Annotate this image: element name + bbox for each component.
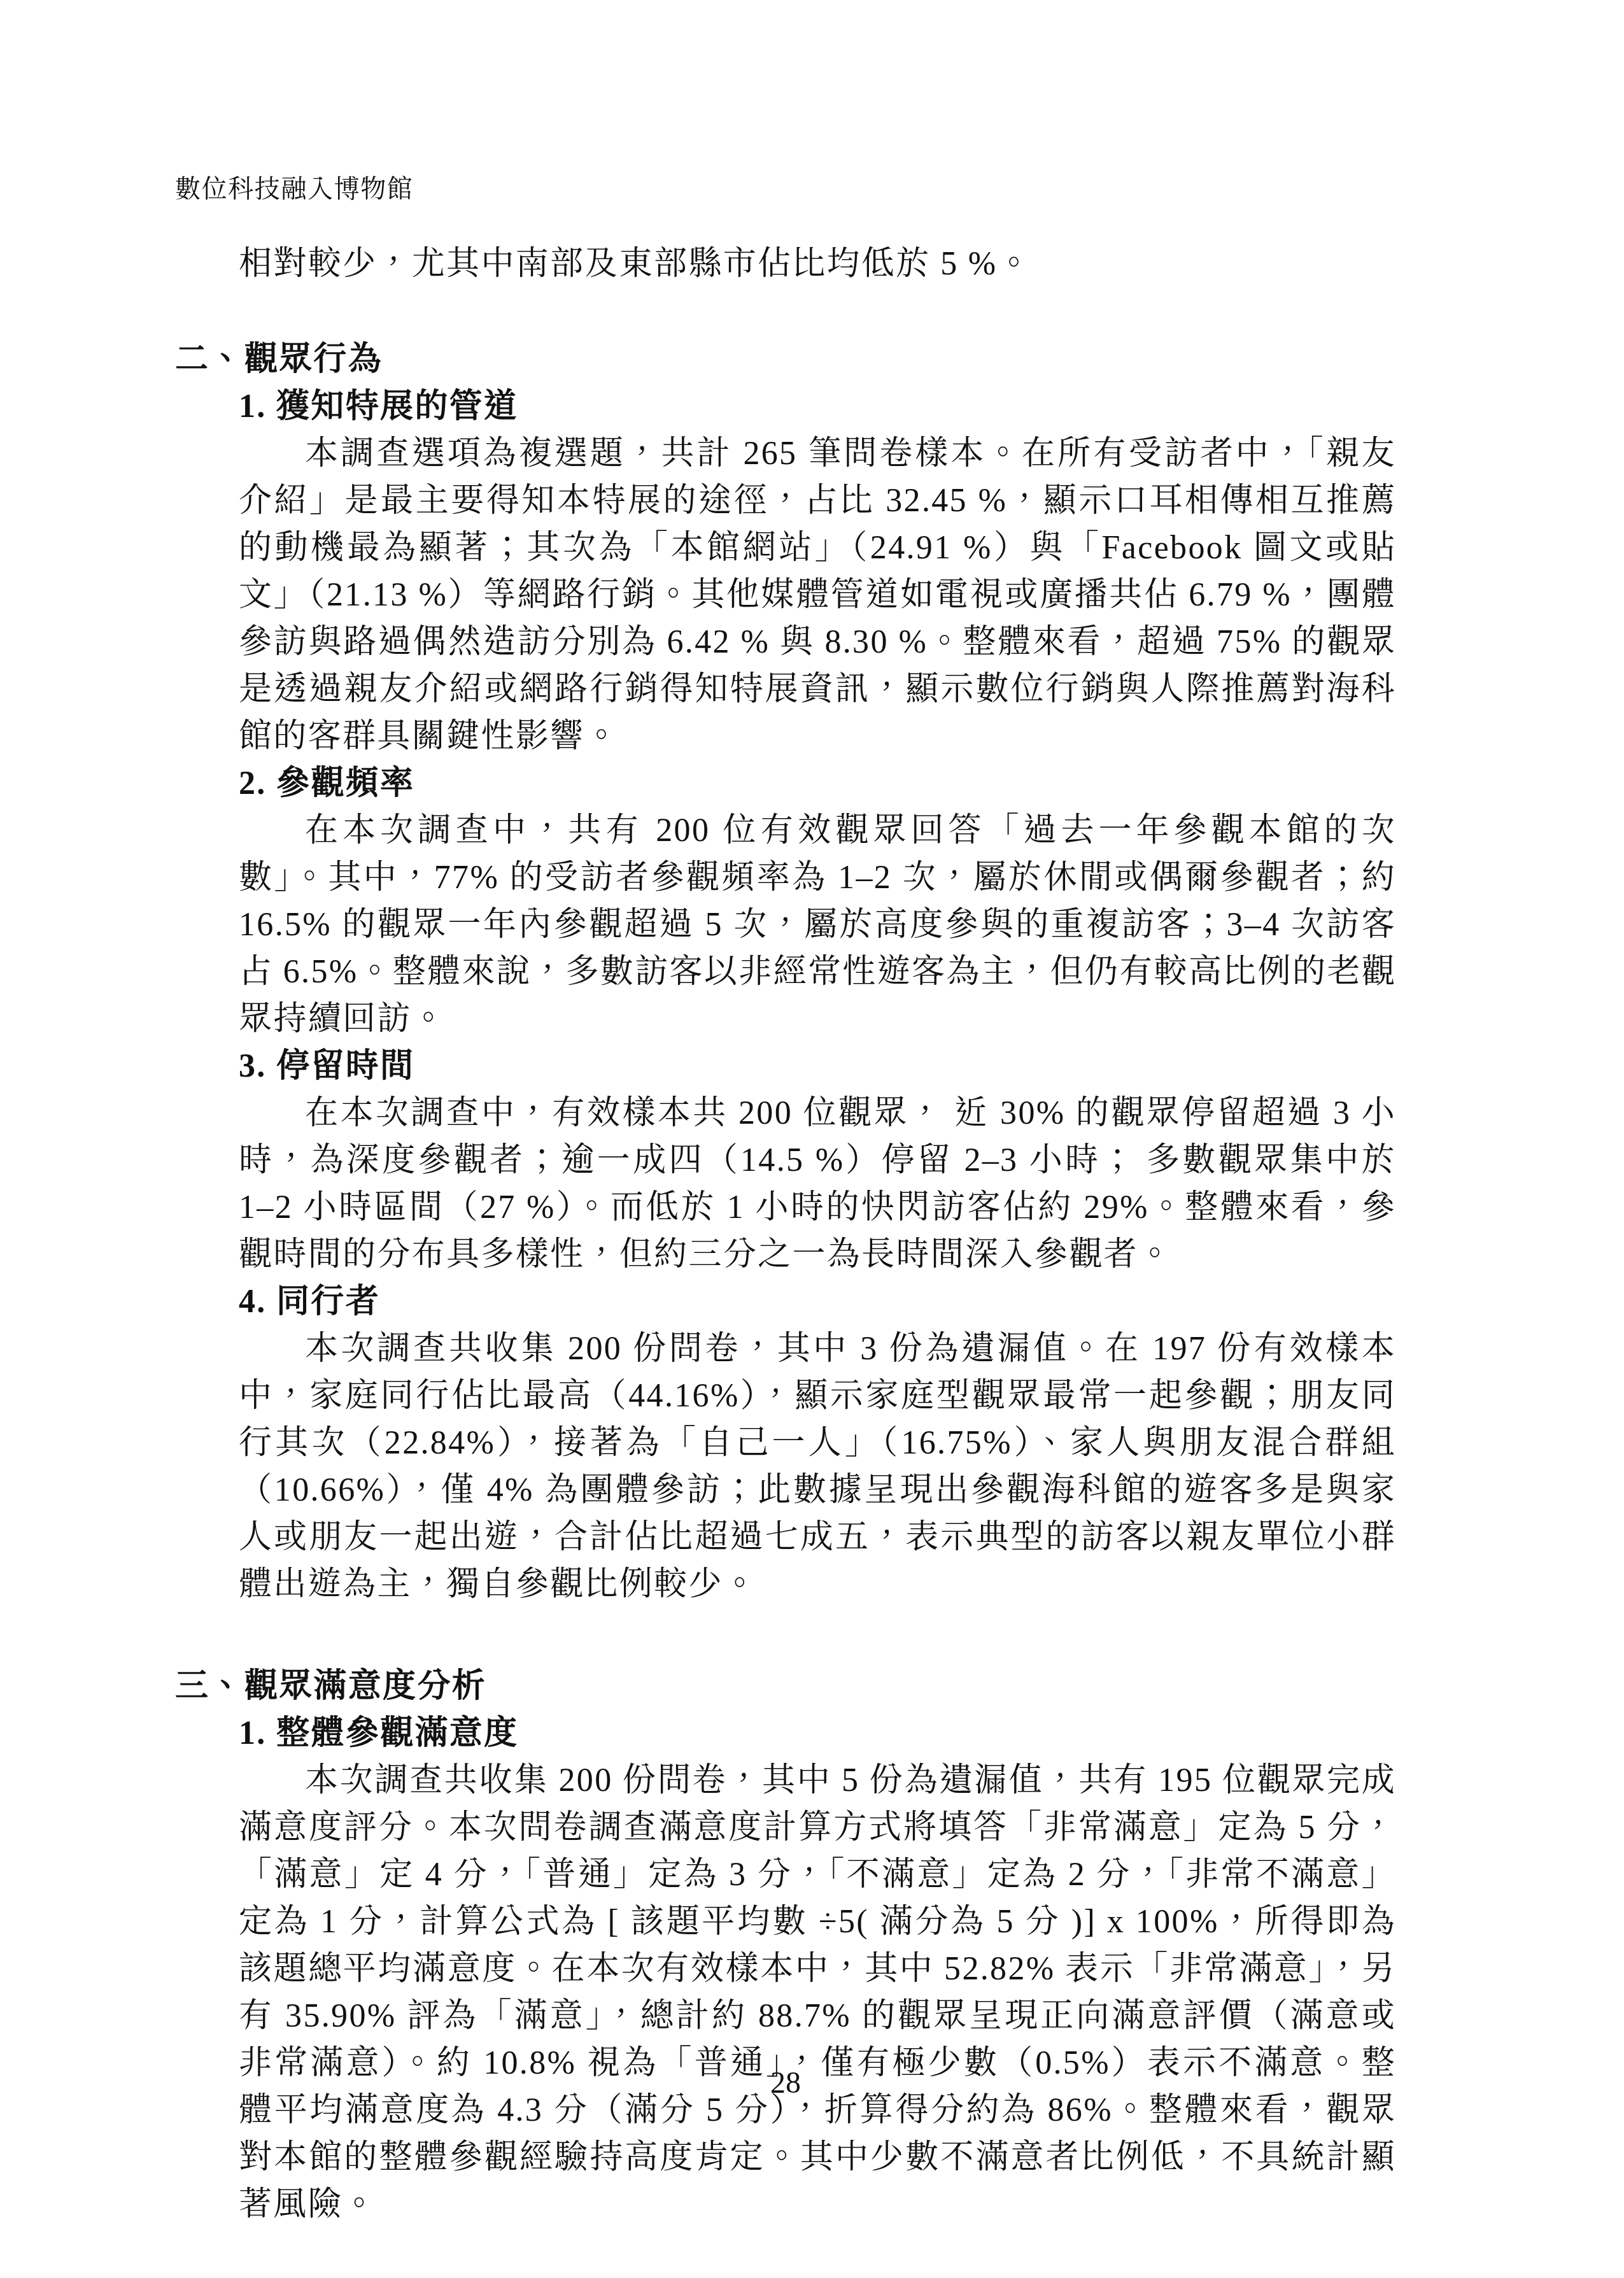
paragraph-visit-frequency: 在本次調查中，共有 200 位有效觀眾回答「過去一年參觀本館的次數」。其中，77… <box>239 807 1396 1043</box>
subsection-title-channels: 1. 獲知特展的管道 <box>239 383 1396 430</box>
running-header: 數位科技融入博物館 <box>175 166 1396 213</box>
paragraph-companions: 本次調查共收集 200 份問卷，其中 3 份為遺漏值。在 197 份有效樣本中，… <box>239 1326 1396 1608</box>
section-heading-satisfaction-analysis: 三、觀眾滿意度分析 <box>175 1663 1396 1710</box>
paragraph-channels: 本調查選項為複選題，共計 265 筆問卷樣本。在所有受訪者中，「親友介紹」是最主… <box>239 430 1396 760</box>
paragraph-overall-satisfaction: 本次調查共收集 200 份問卷，其中 5 份為遺漏值，共有 195 位觀眾完成滿… <box>239 1757 1396 2228</box>
subsection-title-overall-satisfaction: 1. 整體參觀滿意度 <box>239 1710 1396 1757</box>
paragraph-stay-duration: 在本次調查中，有效樣本共 200 位觀眾， 近 30% 的觀眾停留超過 3 小時… <box>239 1090 1396 1278</box>
subsection-title-visit-frequency: 2. 參觀頻率 <box>239 760 1396 807</box>
subsection-title-companions: 4. 同行者 <box>239 1278 1396 1326</box>
intro-paragraph: 相對較少，尤其中南部及東部縣市佔比均低於 5 %。 <box>239 241 1396 288</box>
document-page: 數位科技融入博物館 相對較少，尤其中南部及東部縣市佔比均低於 5 %。 二、觀眾… <box>0 0 1624 2278</box>
section-heading-audience-behavior: 二、觀眾行為 <box>175 336 1396 383</box>
page-number: 28 <box>175 2068 1396 2098</box>
subsection-title-stay-duration: 3. 停留時間 <box>239 1043 1396 1090</box>
document-body: 相對較少，尤其中南部及東部縣市佔比均低於 5 %。 二、觀眾行為 1. 獲知特展… <box>175 241 1396 2228</box>
